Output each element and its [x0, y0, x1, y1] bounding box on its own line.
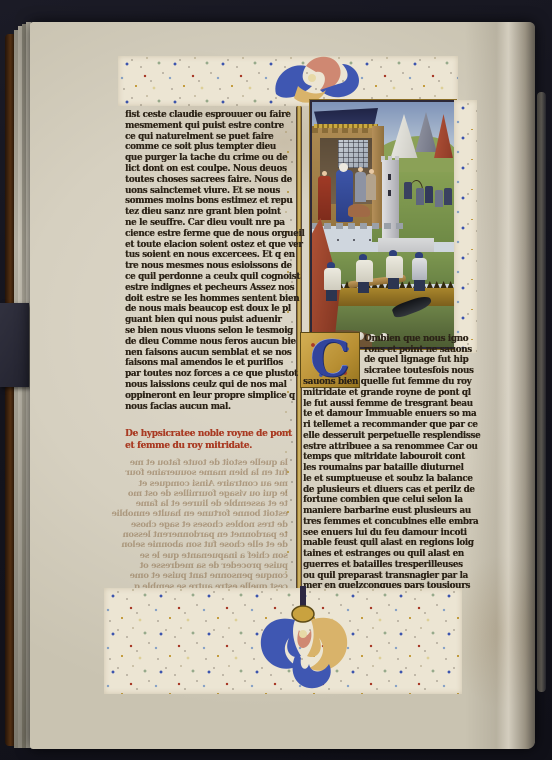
rubric-line: et femme du roy mitridate. — [125, 441, 293, 453]
text-line: doit estre se les hommes sentent bien — [125, 294, 293, 305]
showthrough-line: le qui ou visage fournilles de ost mo — [122, 489, 288, 499]
miniature-painting — [310, 100, 456, 349]
bottom-acanthus-ornament — [243, 586, 363, 696]
blue-cap — [415, 252, 423, 258]
text-line: nous facias aucun mal. — [125, 402, 293, 413]
figure-legs — [414, 280, 425, 291]
queen-headdress — [339, 163, 348, 172]
archer-figure — [444, 188, 452, 205]
text-line: see enuers lui du feu damour incoti — [303, 528, 459, 539]
text-line: le fut aussi femme de tresgrant beau — [303, 399, 459, 410]
text-line: se bien nous viuons selon le tesmoig — [125, 326, 293, 337]
canopy-fringe — [314, 124, 378, 128]
right-floral-border — [454, 100, 477, 353]
figure-head — [322, 171, 327, 176]
tower-window — [388, 174, 391, 180]
text-line: sommes moins bons estimez et repu — [125, 196, 293, 207]
figure-legs — [326, 290, 337, 301]
text-line: le et sumptueuse et soubz la balance — [303, 474, 459, 485]
archer-figure — [416, 188, 424, 205]
text-line: ne le seuffre. Car dieu voult nre pa — [125, 218, 293, 229]
text-line: estre attribuee a sa renommee Car ou — [303, 442, 459, 453]
rubric-line: De hypsicratee noble royne de pont — [125, 429, 293, 441]
manuscript-photo: fist ceste claudie esprouuer ou fairemes… — [0, 0, 552, 760]
figure-head — [369, 169, 374, 174]
text-line: maniere barbarine eust plusieurs au — [303, 506, 459, 517]
text-line: que purger la tache du crime ou de — [125, 153, 293, 164]
text-line: tre nous mesmes nous esioissons de — [125, 261, 293, 272]
robed-figure — [318, 176, 331, 220]
figure-legs — [358, 282, 369, 293]
text-line: ri tellemet a recommander que par ce — [303, 420, 459, 431]
text-line: uons sainctemet viure. Et se nous — [125, 186, 293, 197]
text-line: taines et estranges ou quil alast en — [303, 549, 459, 560]
showthrough-line: te et assemble de liuree et la fame — [122, 499, 288, 509]
text-line: ce qui naturelment se puet faire — [125, 132, 293, 143]
text-line: de dieu Comme nous feros aucun bie — [125, 337, 293, 348]
showthrough-line: me au contraire Ainsi comques et — [122, 479, 288, 489]
showthrough-line: fut en la bien mame souueraine four — [122, 468, 288, 478]
text-line: mable feust quil alast en regions loig — [303, 538, 459, 549]
text-line: lict dont on est coulpe. Nous deuos — [125, 164, 293, 175]
text-line: nous laissions ceulz qui de nos mal — [125, 380, 293, 391]
blue-cap — [327, 262, 335, 268]
text-line: mitridate et grande royne de pont ql — [303, 388, 459, 399]
bookmark-tab — [0, 303, 29, 387]
text-line: ce quil perdonne a ceulx quil cognoist — [125, 272, 293, 283]
right-text-column: sauons bien quelle fut femme du roymitri… — [303, 377, 459, 592]
text-line: estre indignes et pecheurs Assez nos — [125, 283, 293, 294]
text-line: comme ce soit plus tempter dieu — [125, 142, 293, 153]
showthrough-line: te pardonnet en pardonnerent lesson — [122, 530, 288, 540]
attendant-figure — [355, 172, 366, 202]
text-line: tus soient en nous excercees. Et q en — [125, 250, 293, 261]
cannoneer-figure — [386, 256, 403, 278]
showthrough-line: conque pensonne tant puise et ome — [122, 571, 288, 581]
text-line: oppineront en leur propre simplice q — [125, 391, 293, 402]
text-line: tez dieu sanz nre grant bien point — [125, 207, 293, 218]
text-line: tres femmes et concubines elle embra — [303, 517, 459, 528]
left-text-column: fist ceste claudie esprouuer ou fairemes… — [125, 110, 293, 412]
showthrough-line: estoit bonne fortune en haulte ennoblie — [122, 509, 288, 519]
text-line: nen faisons aucun semblat et se nos — [125, 348, 293, 359]
showthrough-line: puise proceder de sa medresse ot — [122, 561, 288, 571]
figure-head — [358, 167, 363, 172]
text-line: de plusieurs et diuers cas et perilz de — [303, 485, 459, 496]
archer-figure — [435, 190, 443, 207]
book-cover-edge — [5, 34, 14, 746]
rubric-heading: De hypsicratee noble royne de pontet fem… — [125, 429, 293, 452]
fore-edge-sliver — [537, 92, 546, 692]
cannoneer-figure — [412, 258, 427, 280]
showthrough-line: de et elle chose fut son abonnie selon — [122, 540, 288, 550]
kneeling-figure — [348, 204, 370, 217]
text-line: fortune combien que celui selon la — [303, 495, 459, 506]
text-line: temps que mitridate labouroit cont — [303, 452, 459, 463]
text-line: sauons bien quelle fut femme du roy — [303, 377, 459, 388]
attendant-figure — [366, 174, 376, 200]
showthrough-line: son chief a inapuenante que le se — [122, 551, 288, 561]
showthrough-line: de tres nobles choses et sage chose — [122, 520, 288, 530]
text-line: te et damour Immuable enuers so ma — [303, 409, 459, 420]
text-line: toutes choses sacrees faire. Nous de — [125, 175, 293, 186]
text-line: par toutes noz forces a ce que plustot — [125, 369, 293, 380]
text-line: guant bien qui nous puist aduenir — [125, 315, 293, 326]
text-line: sicratee toutesfois nous — [364, 366, 459, 377]
text-line: elle desseruit perpetuelle resplendisse — [303, 431, 459, 442]
right-column-indented-lines: Ombien que nous ignorons et point ne sau… — [364, 334, 459, 376]
text-line: faisons mal amendos le et purifios — [125, 358, 293, 369]
cannoneer-figure — [324, 268, 341, 290]
cannoneer-figure — [356, 260, 373, 282]
blue-cap — [359, 254, 367, 260]
text-line: Ombien que nous igno — [364, 334, 459, 345]
text-line: de quel lignage fut hip — [364, 355, 459, 366]
text-line: fist ceste claudie esprouuer ou faire — [125, 110, 293, 121]
showthrough-line: la quelle estoit de toute fatou et me — [122, 458, 288, 468]
text-line: cience estre ferme que de nous orgueil — [125, 229, 293, 240]
text-line: de nous mais beaucop est doux le pl — [125, 304, 293, 315]
text-line: les roumains par bataille diuturnel — [303, 463, 459, 474]
text-line: et toute elacion soient ostez et que ver — [125, 240, 293, 251]
tower-window — [388, 190, 391, 196]
blue-cap — [389, 250, 397, 256]
archer-figure — [425, 186, 433, 203]
showthrough-text: la quelle estoit de toute fatou et mefut… — [122, 458, 288, 592]
text-line: mesmement qui puist estre contre — [125, 121, 293, 132]
text-line: ou quil preparast transnagier par la — [303, 571, 459, 582]
figure-legs — [388, 278, 399, 289]
text-line: rons et point ne sauons — [364, 345, 459, 356]
text-line: guerres et batailles tresperilleuses — [303, 560, 459, 571]
